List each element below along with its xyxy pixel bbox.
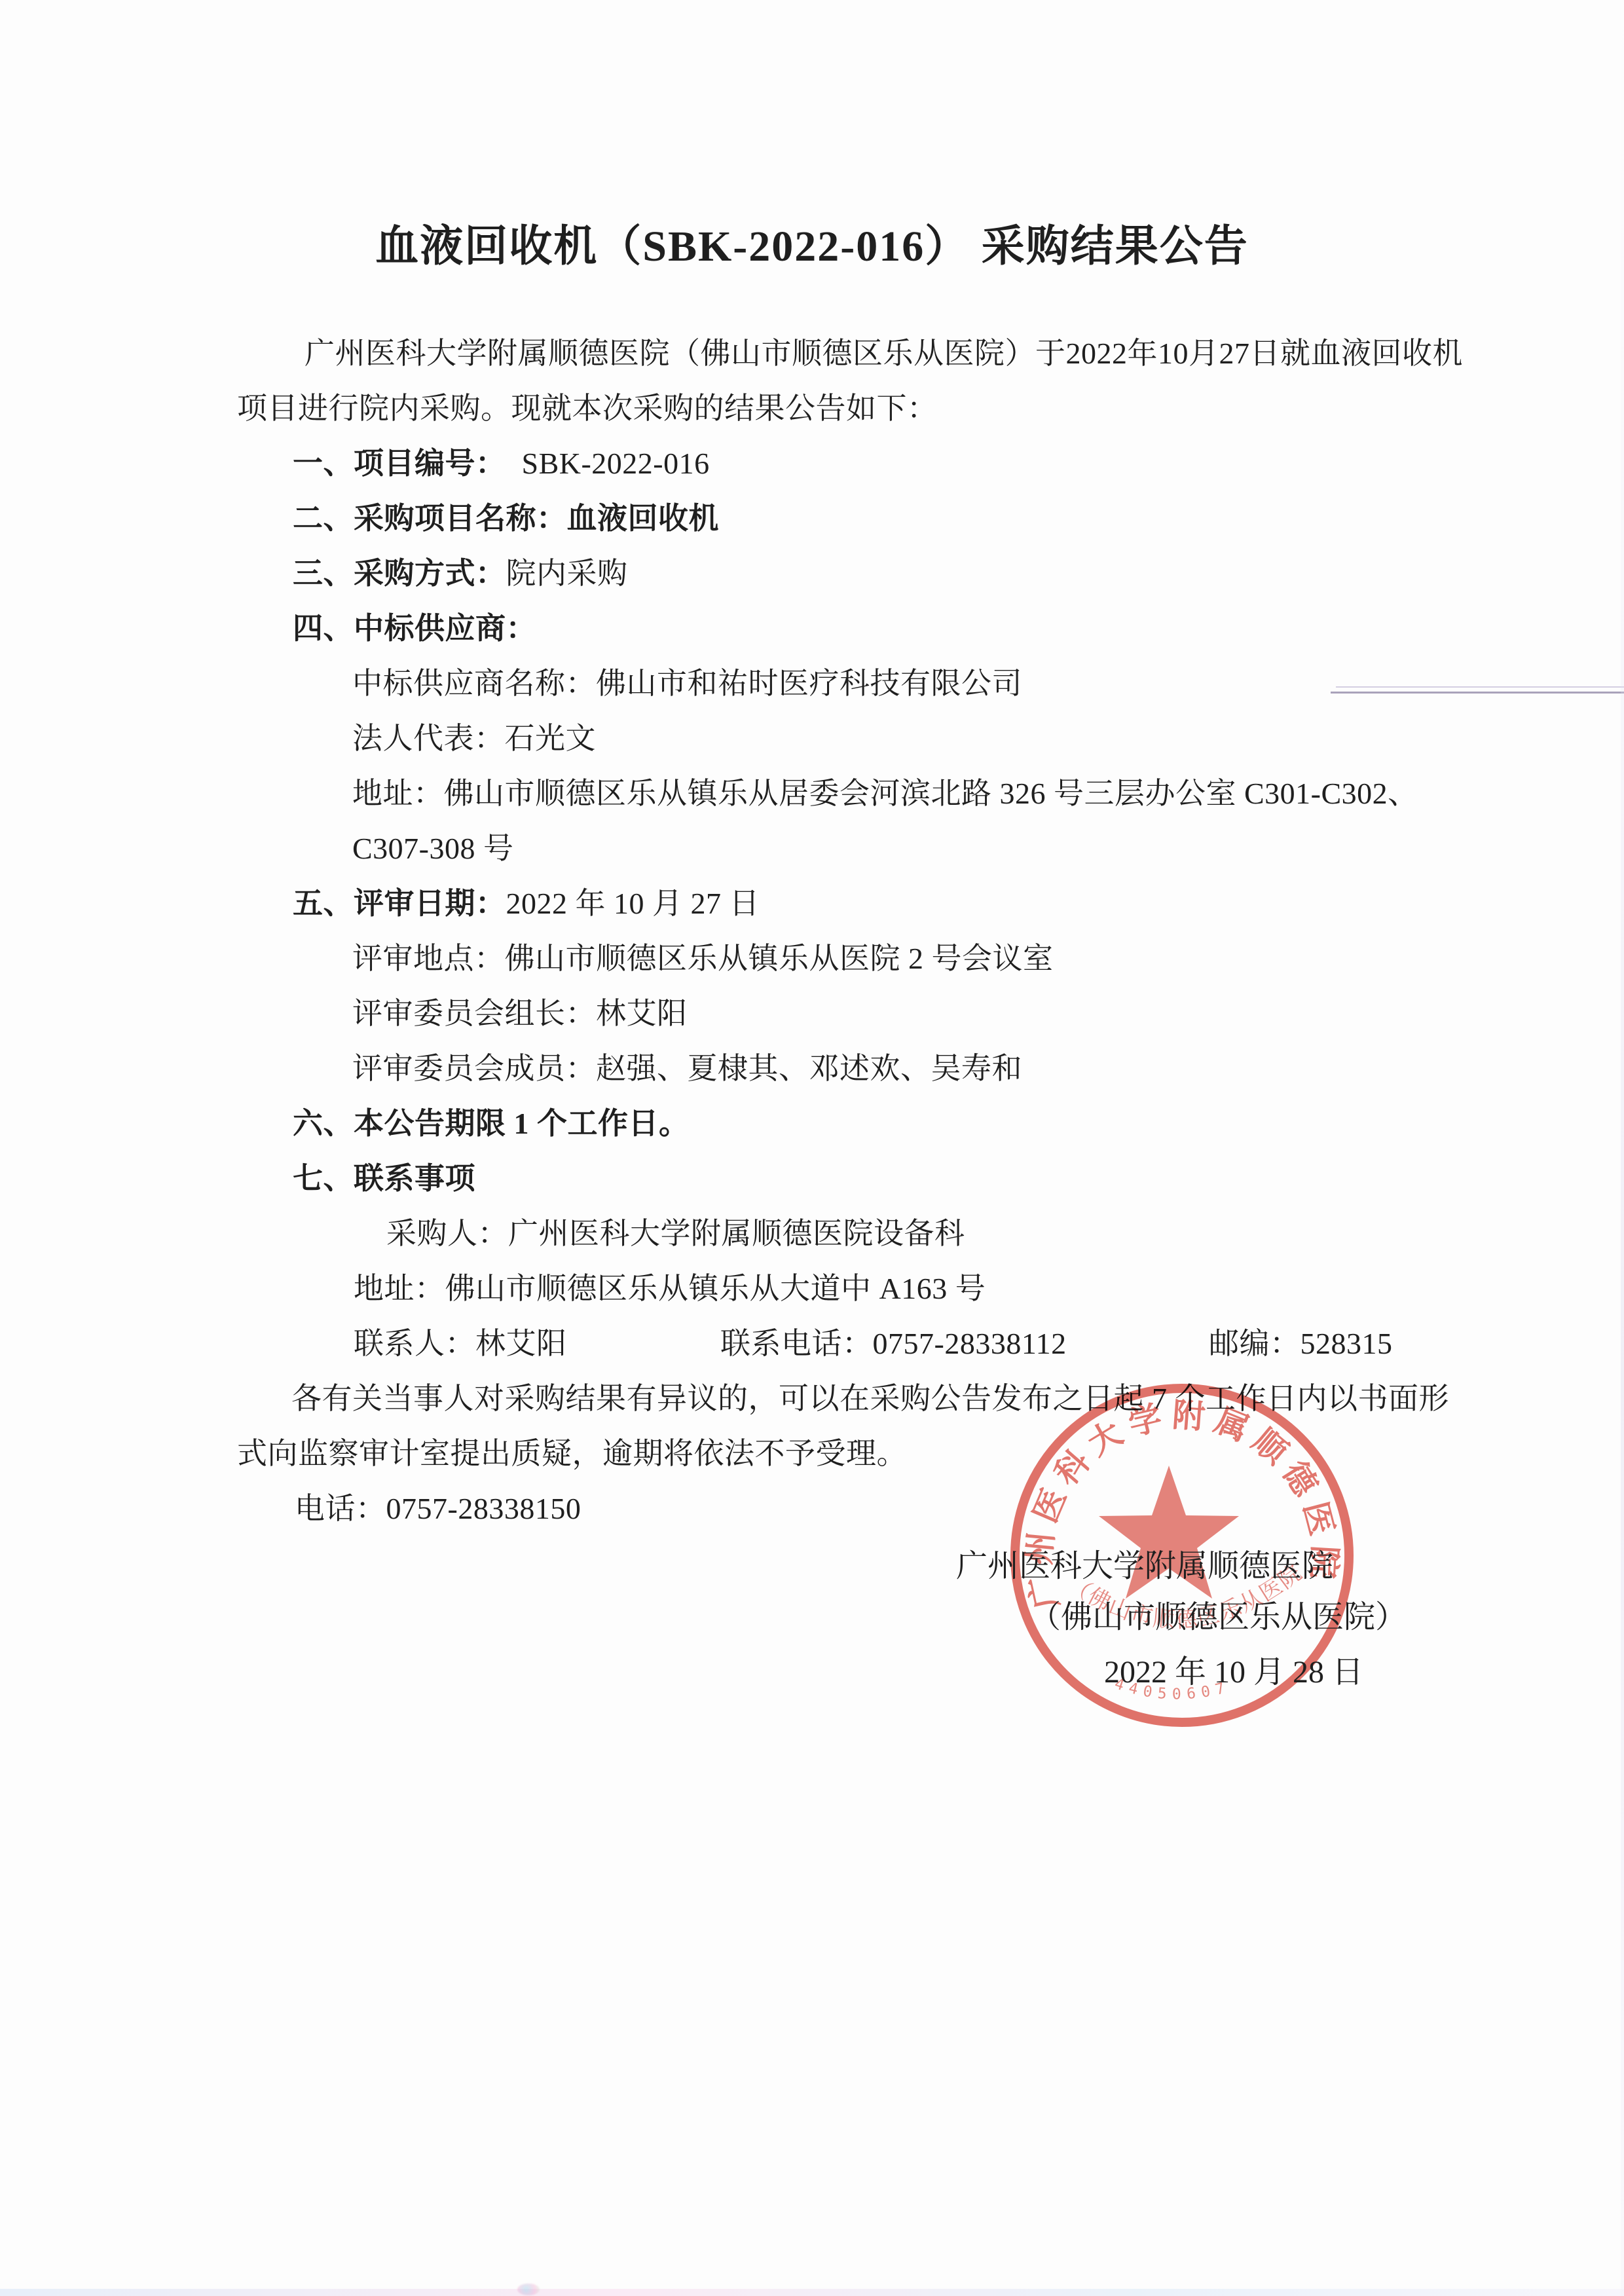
item-review-date-value: 2022 年 10 月 27 日	[506, 887, 760, 920]
objection-line-2: 式向监察审计室提出质疑，逾期将依法不予受理。	[237, 1426, 907, 1481]
contact-buyer-line: 采购人：广州医科大学附属顺德医院设备科	[386, 1206, 965, 1261]
item-procurement-method-label: 三、采购方式：	[293, 557, 506, 590]
item-winning-supplier-label: 四、中标供应商：	[293, 612, 536, 645]
item-review-date: 五、评审日期：2022 年 10 月 27 日	[293, 876, 760, 931]
contact-address-line: 地址：佛山市顺德区乐从镇乐从大道中 A163 号	[354, 1261, 986, 1316]
signature-sub-line: （佛山市顺德区乐从医院）	[1029, 1591, 1407, 1644]
intro-line-1: 广州医科大学附属顺德医院（佛山市顺德区乐从医院）于2022年10月27日就血液回…	[304, 326, 1463, 381]
supplier-legal-rep-line: 法人代表：石光文	[352, 711, 596, 766]
scan-edge-bottom	[0, 2289, 1624, 2296]
supplier-name-line: 中标供应商名称：佛山市和祐时医疗科技有限公司	[352, 656, 1022, 711]
scan-artifact-line-light	[1336, 686, 1624, 688]
scan-edge-color-blob	[517, 2284, 540, 2295]
item-project-name: 二、采购项目名称：血液回收机	[293, 491, 719, 546]
item-review-date-label: 五、评审日期：	[293, 887, 506, 920]
document-page: { "page": { "width": 2480, "height": 350…	[0, 0, 1624, 2296]
item-notice-period-label: 六、本公告期限 1 个工作日。	[293, 1107, 690, 1140]
contact-person-line: 联系人：林艾阳	[354, 1316, 567, 1371]
supplier-address-line-2: C307-308 号	[352, 821, 514, 876]
a4-page: 血液回收机（SBK-2022-016） 采购结果公告 广州医科大学附属顺德医院（…	[0, 0, 1624, 2296]
item-procurement-method-value: 院内采购	[506, 557, 628, 590]
item-project-number: 一、项目编号： SBK-2022-016	[293, 436, 710, 491]
item-winning-supplier: 四、中标供应商：	[293, 601, 536, 656]
contact-postcode: 邮编：528315	[1209, 1316, 1393, 1371]
contact-phone: 联系电话：0757-28338112	[720, 1316, 1067, 1371]
item-project-number-label: 一、项目编号：	[293, 447, 506, 480]
item-contact-matters-label: 七、联系事项	[293, 1162, 475, 1195]
intro-line-2: 项目进行院内采购。现就本次采购的结果公告如下：	[237, 381, 938, 436]
signature-date-line: 2022 年 10 月 28 日	[1104, 1646, 1363, 1699]
page-title: 血液回收机（SBK-2022-016） 采购结果公告	[0, 211, 1624, 273]
signature-org-line: 广州医科大学附属顺德医院	[956, 1540, 1333, 1593]
item-procurement-method: 三、采购方式：院内采购	[293, 546, 628, 601]
review-place-line: 评审地点：佛山市顺德区乐从镇乐从医院 2 号会议室	[352, 931, 1054, 986]
objection-tel-line: 电话：0757-28338150	[295, 1481, 581, 1536]
item-project-number-value: SBK-2022-016	[506, 447, 710, 480]
item-contact-matters: 七、联系事项	[293, 1151, 475, 1206]
scan-edge-right	[1621, 0, 1624, 2296]
contact-person: 联系人：林艾阳	[354, 1327, 567, 1360]
item-notice-period: 六、本公告期限 1 个工作日。	[293, 1096, 690, 1151]
supplier-address-line-1: 地址：佛山市顺德区乐从镇乐从居委会河滨北路 326 号三层办公室 C301-C3…	[352, 766, 1418, 821]
item-project-name-label: 二、采购项目名称：血液回收机	[293, 502, 719, 535]
review-members-line: 评审委员会成员：赵强、夏棣其、邓述欢、吴寿和	[352, 1041, 1022, 1096]
scan-artifact-line-dark	[1331, 692, 1624, 694]
review-leader-line: 评审委员会组长：林艾阳	[352, 986, 688, 1041]
